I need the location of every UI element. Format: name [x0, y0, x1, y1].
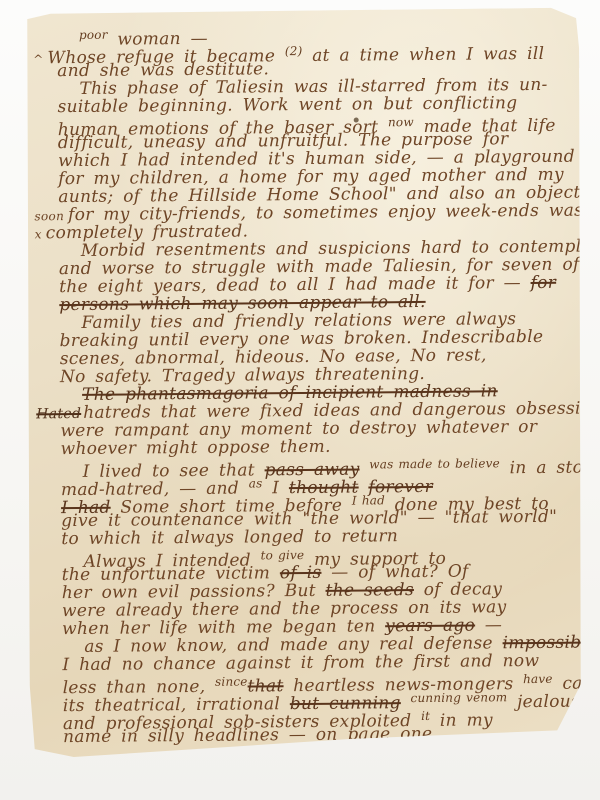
- text-segment: as: [249, 476, 263, 490]
- text-segment: now: [388, 115, 414, 129]
- text-segment: was made to believe: [369, 456, 500, 471]
- manuscript-line: soonfor my city-friends, to sometimes en…: [58, 202, 574, 225]
- text-segment: it: [421, 709, 430, 723]
- text-segment: name in silly headlines — on page one.: [63, 724, 438, 747]
- text-segment: in a storm of: [500, 457, 600, 478]
- text-segment: cunning venom: [410, 690, 507, 705]
- manuscript-line: ^Whose refuge it became (2) at a time wh…: [57, 40, 573, 63]
- manuscript-line: name in silly headlines — on page one.: [63, 724, 579, 747]
- photo-background: poor woman —^Whose refuge it became (2) …: [0, 0, 600, 800]
- manuscript-lines: poor woman —^Whose refuge it became (2) …: [57, 22, 579, 746]
- text-segment: in my: [430, 710, 493, 731]
- text-segment: since: [215, 675, 248, 689]
- text-segment: ^: [33, 50, 44, 68]
- text-segment: I had: [352, 493, 385, 507]
- manuscript-page: poor woman —^Whose refuge it became (2) …: [23, 8, 586, 761]
- manuscript-line: I lived to see that pass away was made t…: [61, 454, 577, 477]
- text-segment: impossible: [502, 632, 597, 653]
- text-segment: poor: [79, 28, 108, 42]
- text-segment: have: [523, 672, 553, 686]
- text-segment: x: [35, 225, 42, 243]
- text-segment: for: [530, 273, 556, 293]
- text-segment: to give: [261, 548, 305, 562]
- text-segment: at a time when I was ill: [302, 44, 544, 66]
- text-segment: (2): [285, 44, 303, 58]
- text-segment: jealous fury: [507, 691, 600, 712]
